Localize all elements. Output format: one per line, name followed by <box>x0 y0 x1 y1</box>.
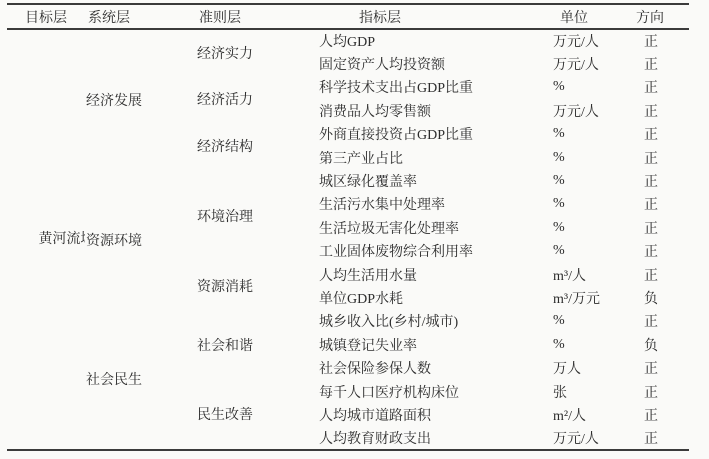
direction-cell: 正 <box>635 380 689 403</box>
direction-cell: 正 <box>635 263 689 286</box>
unit-cell: 万元/人 <box>553 427 635 450</box>
indicator-cell: 科学技术支出占GDP比重 <box>318 76 553 99</box>
header-unit: 单位 <box>553 4 635 29</box>
unit-cell: 万元/人 <box>553 52 635 75</box>
header-system-layer: 系统层 <box>85 4 193 29</box>
direction-cell: 正 <box>635 403 689 426</box>
header-direction: 方向 <box>635 4 689 29</box>
direction-cell: 正 <box>635 29 689 52</box>
indicator-cell: 每千人口医疗机构床位 <box>318 380 553 403</box>
criterion-cell-environment-governance: 环境治理 <box>193 169 318 263</box>
direction-cell: 负 <box>635 286 689 309</box>
direction-cell: 正 <box>635 240 689 263</box>
direction-cell: 正 <box>635 76 689 99</box>
unit-cell: % <box>553 76 635 99</box>
indicator-cell: 人均生活用水量 <box>318 263 553 286</box>
direction-cell: 正 <box>635 169 689 192</box>
direction-cell: 正 <box>635 99 689 122</box>
unit-cell: 万元/人 <box>553 99 635 122</box>
indicator-cell: 人均GDP <box>318 29 553 52</box>
criterion-cell-economic-vitality: 经济活力 <box>193 76 318 123</box>
header-row: 目标层 系统层 准则层 指标层 单位 方向 <box>7 4 689 29</box>
target-layer-cell: 黄河流域城市群高质量发展指数 <box>7 29 85 450</box>
unit-cell: % <box>553 240 635 263</box>
indicator-cell: 生活垃圾无害化处理率 <box>318 216 553 239</box>
header-criterion-layer: 准则层 <box>193 4 318 29</box>
criterion-cell-livelihood-improvement: 民生改善 <box>193 380 318 450</box>
unit-cell: % <box>553 216 635 239</box>
system-cell-resource-environment: 资源环境 <box>85 169 193 309</box>
indicator-cell: 社会保险参保人数 <box>318 356 553 379</box>
indicator-cell: 工业固体废物综合利用率 <box>318 240 553 263</box>
indicator-cell: 生活污水集中处理率 <box>318 193 553 216</box>
criterion-cell-economic-structure: 经济结构 <box>193 123 318 170</box>
header-target-layer: 目标层 <box>7 4 85 29</box>
criterion-cell-social-harmony: 社会和谐 <box>193 310 318 380</box>
direction-cell: 正 <box>635 123 689 146</box>
unit-cell: % <box>553 123 635 146</box>
unit-cell: 张 <box>553 380 635 403</box>
unit-cell: m³/万元 <box>553 286 635 309</box>
unit-cell: 万人 <box>553 356 635 379</box>
paper-table-page: 目标层 系统层 准则层 指标层 单位 方向 黄河流域城市群高质量发展指数 经济发… <box>0 0 709 459</box>
indicator-cell: 外商直接投资占GDP比重 <box>318 123 553 146</box>
unit-cell: m²/人 <box>553 403 635 426</box>
direction-cell: 正 <box>635 193 689 216</box>
indicator-cell: 城乡收入比(乡村/城市) <box>318 310 553 333</box>
indicator-cell: 人均教育财政支出 <box>318 427 553 450</box>
direction-cell: 正 <box>635 427 689 450</box>
direction-cell: 正 <box>635 356 689 379</box>
table-row: 社会民生 社会和谐 城乡收入比(乡村/城市) % 正 <box>7 310 689 333</box>
table-row: 资源环境 环境治理 城区绿化覆盖率 % 正 <box>7 169 689 192</box>
direction-cell: 正 <box>635 310 689 333</box>
system-cell-social-livelihood: 社会民生 <box>85 310 193 450</box>
indicator-cell: 消费品人均零售额 <box>318 99 553 122</box>
criterion-cell-resource-consumption: 资源消耗 <box>193 263 318 310</box>
direction-cell: 正 <box>635 146 689 169</box>
unit-cell: 万元/人 <box>553 29 635 52</box>
system-cell-economic-development: 经济发展 <box>85 29 193 169</box>
direction-cell: 正 <box>635 52 689 75</box>
table-row: 黄河流域城市群高质量发展指数 经济发展 经济实力 人均GDP 万元/人 正 <box>7 29 689 52</box>
indicator-cell: 城镇登记失业率 <box>318 333 553 356</box>
indicator-cell: 固定资产人均投资额 <box>318 52 553 75</box>
header-indicator-layer: 指标层 <box>318 4 553 29</box>
indicator-cell: 人均城市道路面积 <box>318 403 553 426</box>
indicator-cell: 单位GDP水耗 <box>318 286 553 309</box>
criterion-cell-economic-strength: 经济实力 <box>193 29 318 76</box>
indicator-system-table: 目标层 系统层 准则层 指标层 单位 方向 黄河流域城市群高质量发展指数 经济发… <box>7 3 689 451</box>
indicator-cell: 第三产业占比 <box>318 146 553 169</box>
unit-cell: % <box>553 146 635 169</box>
unit-cell: % <box>553 169 635 192</box>
unit-cell: % <box>553 310 635 333</box>
indicator-cell: 城区绿化覆盖率 <box>318 169 553 192</box>
direction-cell: 负 <box>635 333 689 356</box>
unit-cell: m³/人 <box>553 263 635 286</box>
unit-cell: % <box>553 193 635 216</box>
vertical-index-title: 黄河流域城市群高质量发展指数 <box>39 229 54 251</box>
unit-cell: % <box>553 333 635 356</box>
direction-cell: 正 <box>635 216 689 239</box>
